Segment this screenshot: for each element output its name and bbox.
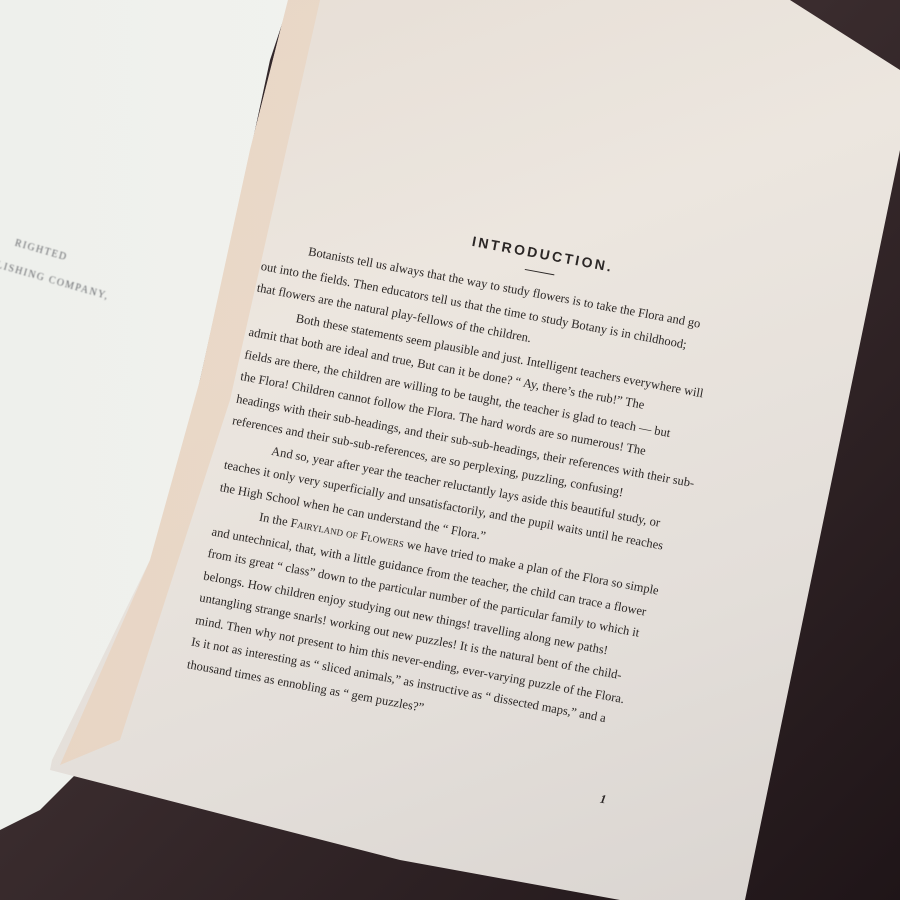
page-text-block: INTRODUCTION. Botanists tell us always t…	[185, 196, 775, 768]
title-rule	[525, 269, 555, 275]
text-fragment: In the	[258, 510, 292, 530]
